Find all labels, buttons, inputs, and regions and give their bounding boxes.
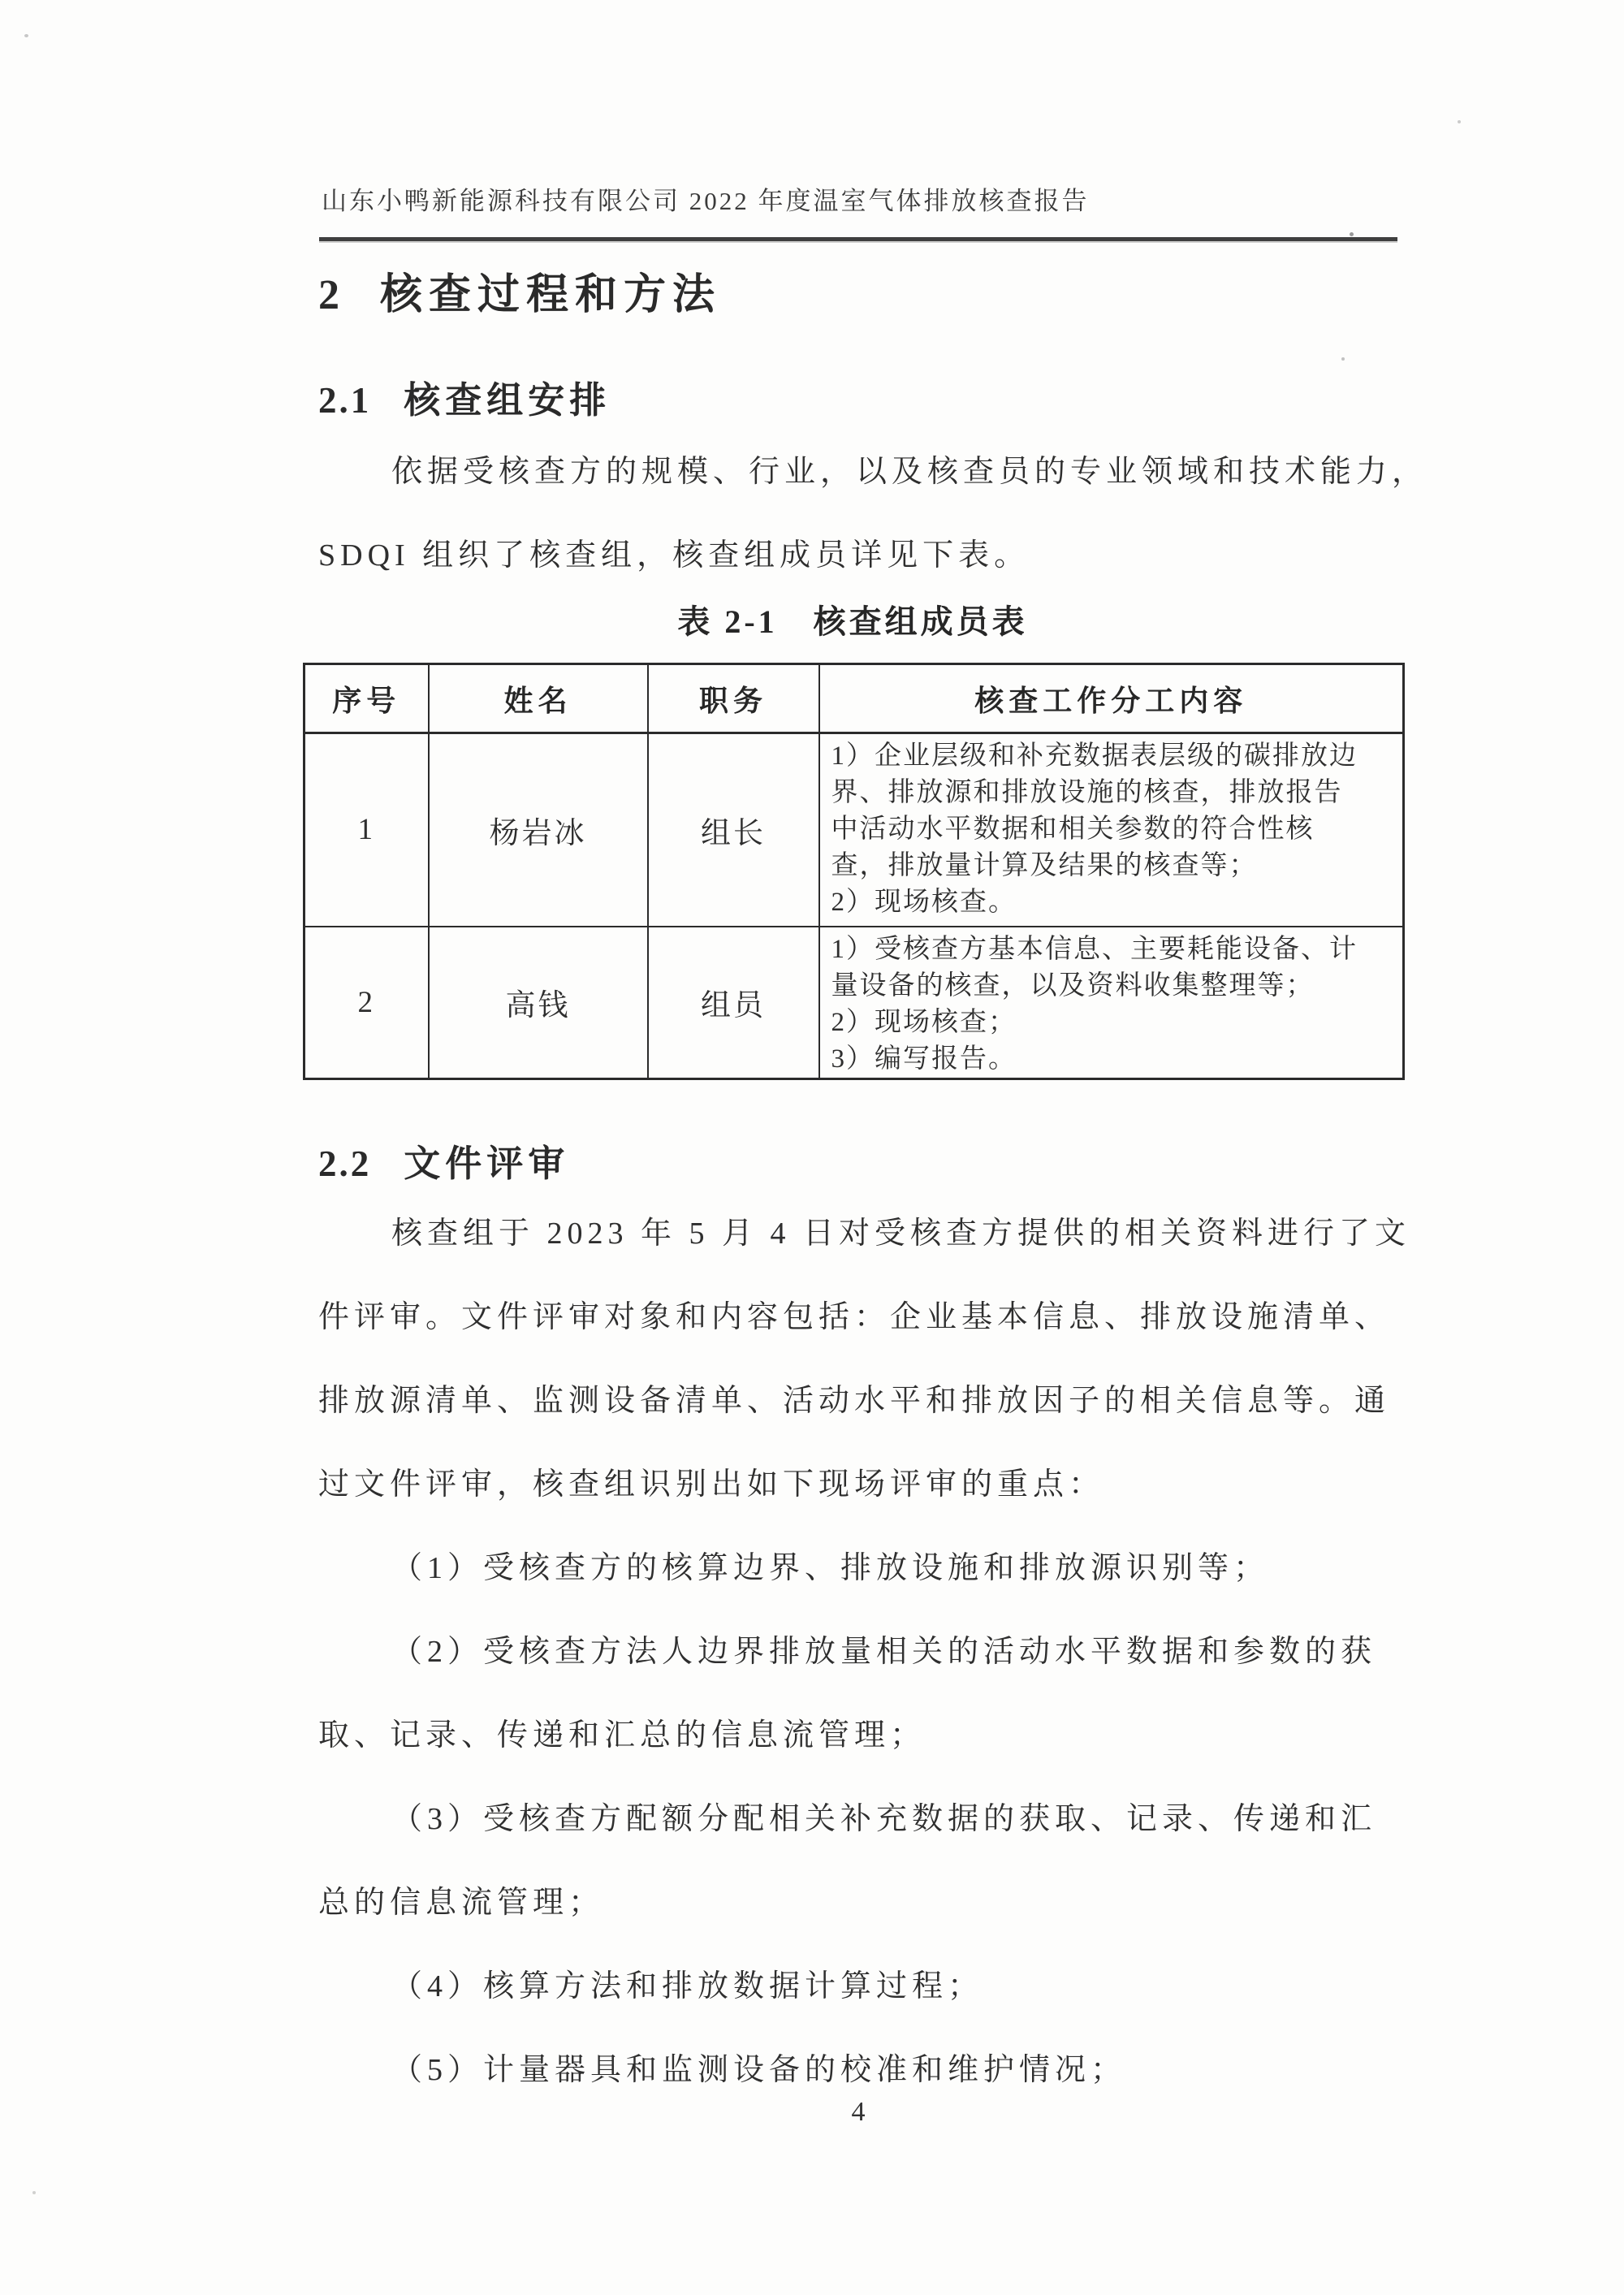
table-row: 2 高钱 组员 1）受核查方基本信息、主要耗能设备、计 量设备的核查，以及资料收…	[304, 927, 1404, 1079]
table-header-row: 序号 姓名 职务 核查工作分工内容	[304, 664, 1404, 733]
focus-item-line: （4）核算方法和排放数据计算过程；	[391, 1960, 983, 2005]
duty-line: 界、排放源和排放设施的核查，排放报告	[831, 775, 1393, 811]
cell-no: 2	[304, 927, 429, 1079]
scan-speck	[1341, 357, 1345, 361]
focus-item-line: （3）受核查方配额分配相关补充数据的获取、记录、传递和汇	[391, 1793, 1376, 1838]
subsection-heading-2-2: 2.2文件评审	[318, 1134, 569, 1186]
focus-item-line: （5）计量器具和监测设备的校准和维护情况；	[391, 2044, 1126, 2089]
duty-line: 3）编写报告。	[831, 1041, 1393, 1078]
subsection-title: 核查组安排	[404, 380, 611, 421]
duty-line: 1）受核查方基本信息、主要耗能设备、计	[831, 931, 1393, 968]
table-row: 1 杨岩冰 组长 1）企业层级和补充数据表层级的碳排放边 界、排放源和排放设施的…	[304, 733, 1404, 927]
focus-item-line: （1）受核查方的核算边界、排放设施和排放源识别等；	[391, 1542, 1269, 1587]
col-header-no: 序号	[304, 664, 429, 733]
subsection-heading-2-1: 2.1核查组安排	[318, 370, 611, 423]
scan-speck	[1458, 120, 1461, 123]
duty-line: 量设备的核查，以及资料收集整理等；	[831, 968, 1393, 1005]
cell-role: 组员	[648, 927, 819, 1079]
focus-item-line: （2）受核查方法人边界排放量相关的活动水平数据和参数的获	[391, 1626, 1376, 1670]
scan-speck	[24, 34, 28, 37]
scan-speck	[1350, 232, 1354, 236]
paragraph-review-line: 排放源清单、监测设备清单、活动水平和排放因子的相关信息等。通	[318, 1375, 1390, 1420]
col-header-name: 姓名	[429, 664, 648, 733]
table-caption: 表 2-1 核查组成员表	[303, 596, 1402, 642]
paragraph-review-line: 核查组于 2023 年 5 月 4 日对受核查方提供的相关资料进行了文	[391, 1208, 1410, 1252]
cell-role: 组长	[648, 733, 819, 927]
header-rule	[319, 237, 1397, 241]
cell-no: 1	[304, 733, 429, 927]
duty-line: 1）企业层级和补充数据表层级的碳排放边	[831, 738, 1393, 775]
duty-line: 中活动水平数据和相关参数的符合性核	[831, 811, 1393, 848]
page-number: 4	[318, 2097, 1398, 2128]
focus-item-line: 总的信息流管理；	[318, 1877, 604, 1921]
cell-name: 杨岩冰	[429, 733, 648, 927]
subsection-title: 文件评审	[404, 1143, 569, 1184]
cell-name: 高钱	[429, 927, 648, 1079]
subsection-number: 2.1	[318, 380, 371, 421]
section-heading-2: 2核查过程和方法	[318, 260, 721, 321]
cell-duty: 1）企业层级和补充数据表层级的碳排放边 界、排放源和排放设施的核查，排放报告 中…	[819, 733, 1404, 927]
duty-line: 2）现场核查；	[831, 1005, 1393, 1041]
cell-duty: 1）受核查方基本信息、主要耗能设备、计 量设备的核查，以及资料收集整理等； 2）…	[819, 927, 1404, 1079]
running-header-title: 山东小鸭新能源科技有限公司 2022 年度温室气体排放核查报告	[322, 180, 1090, 217]
focus-item-line: 取、记录、传递和汇总的信息流管理；	[318, 1709, 926, 1754]
section-number: 2	[318, 272, 343, 318]
team-members-table: 序号 姓名 职务 核查工作分工内容 1 杨岩冰 组长 1）企业层级和补充数据表层…	[303, 663, 1405, 1080]
subsection-number: 2.2	[318, 1143, 371, 1184]
col-header-duty: 核查工作分工内容	[819, 664, 1404, 733]
section-title: 核查过程和方法	[380, 272, 721, 318]
paragraph-review-line: 过文件评审，核查组识别出如下现场评审的重点：	[318, 1459, 1104, 1503]
paragraph-review-line: 件评审。文件评审对象和内容包括：企业基本信息、排放设施清单、	[318, 1291, 1390, 1336]
duty-line: 2）现场核查。	[831, 884, 1393, 921]
paragraph-team-line: SDQI 组织了核查组，核查组成员详见下表。	[318, 529, 1030, 574]
col-header-role: 职务	[648, 664, 819, 733]
duty-line: 查，排放量计算及结果的核查等；	[831, 848, 1393, 884]
scan-speck	[32, 2191, 36, 2194]
document-page: 山东小鸭新能源科技有限公司 2022 年度温室气体排放核查报告 2核查过程和方法…	[0, 0, 1624, 2295]
paragraph-team-line: 依据受核查方的规模、行业，以及核查员的专业领域和技术能力，	[391, 446, 1427, 491]
